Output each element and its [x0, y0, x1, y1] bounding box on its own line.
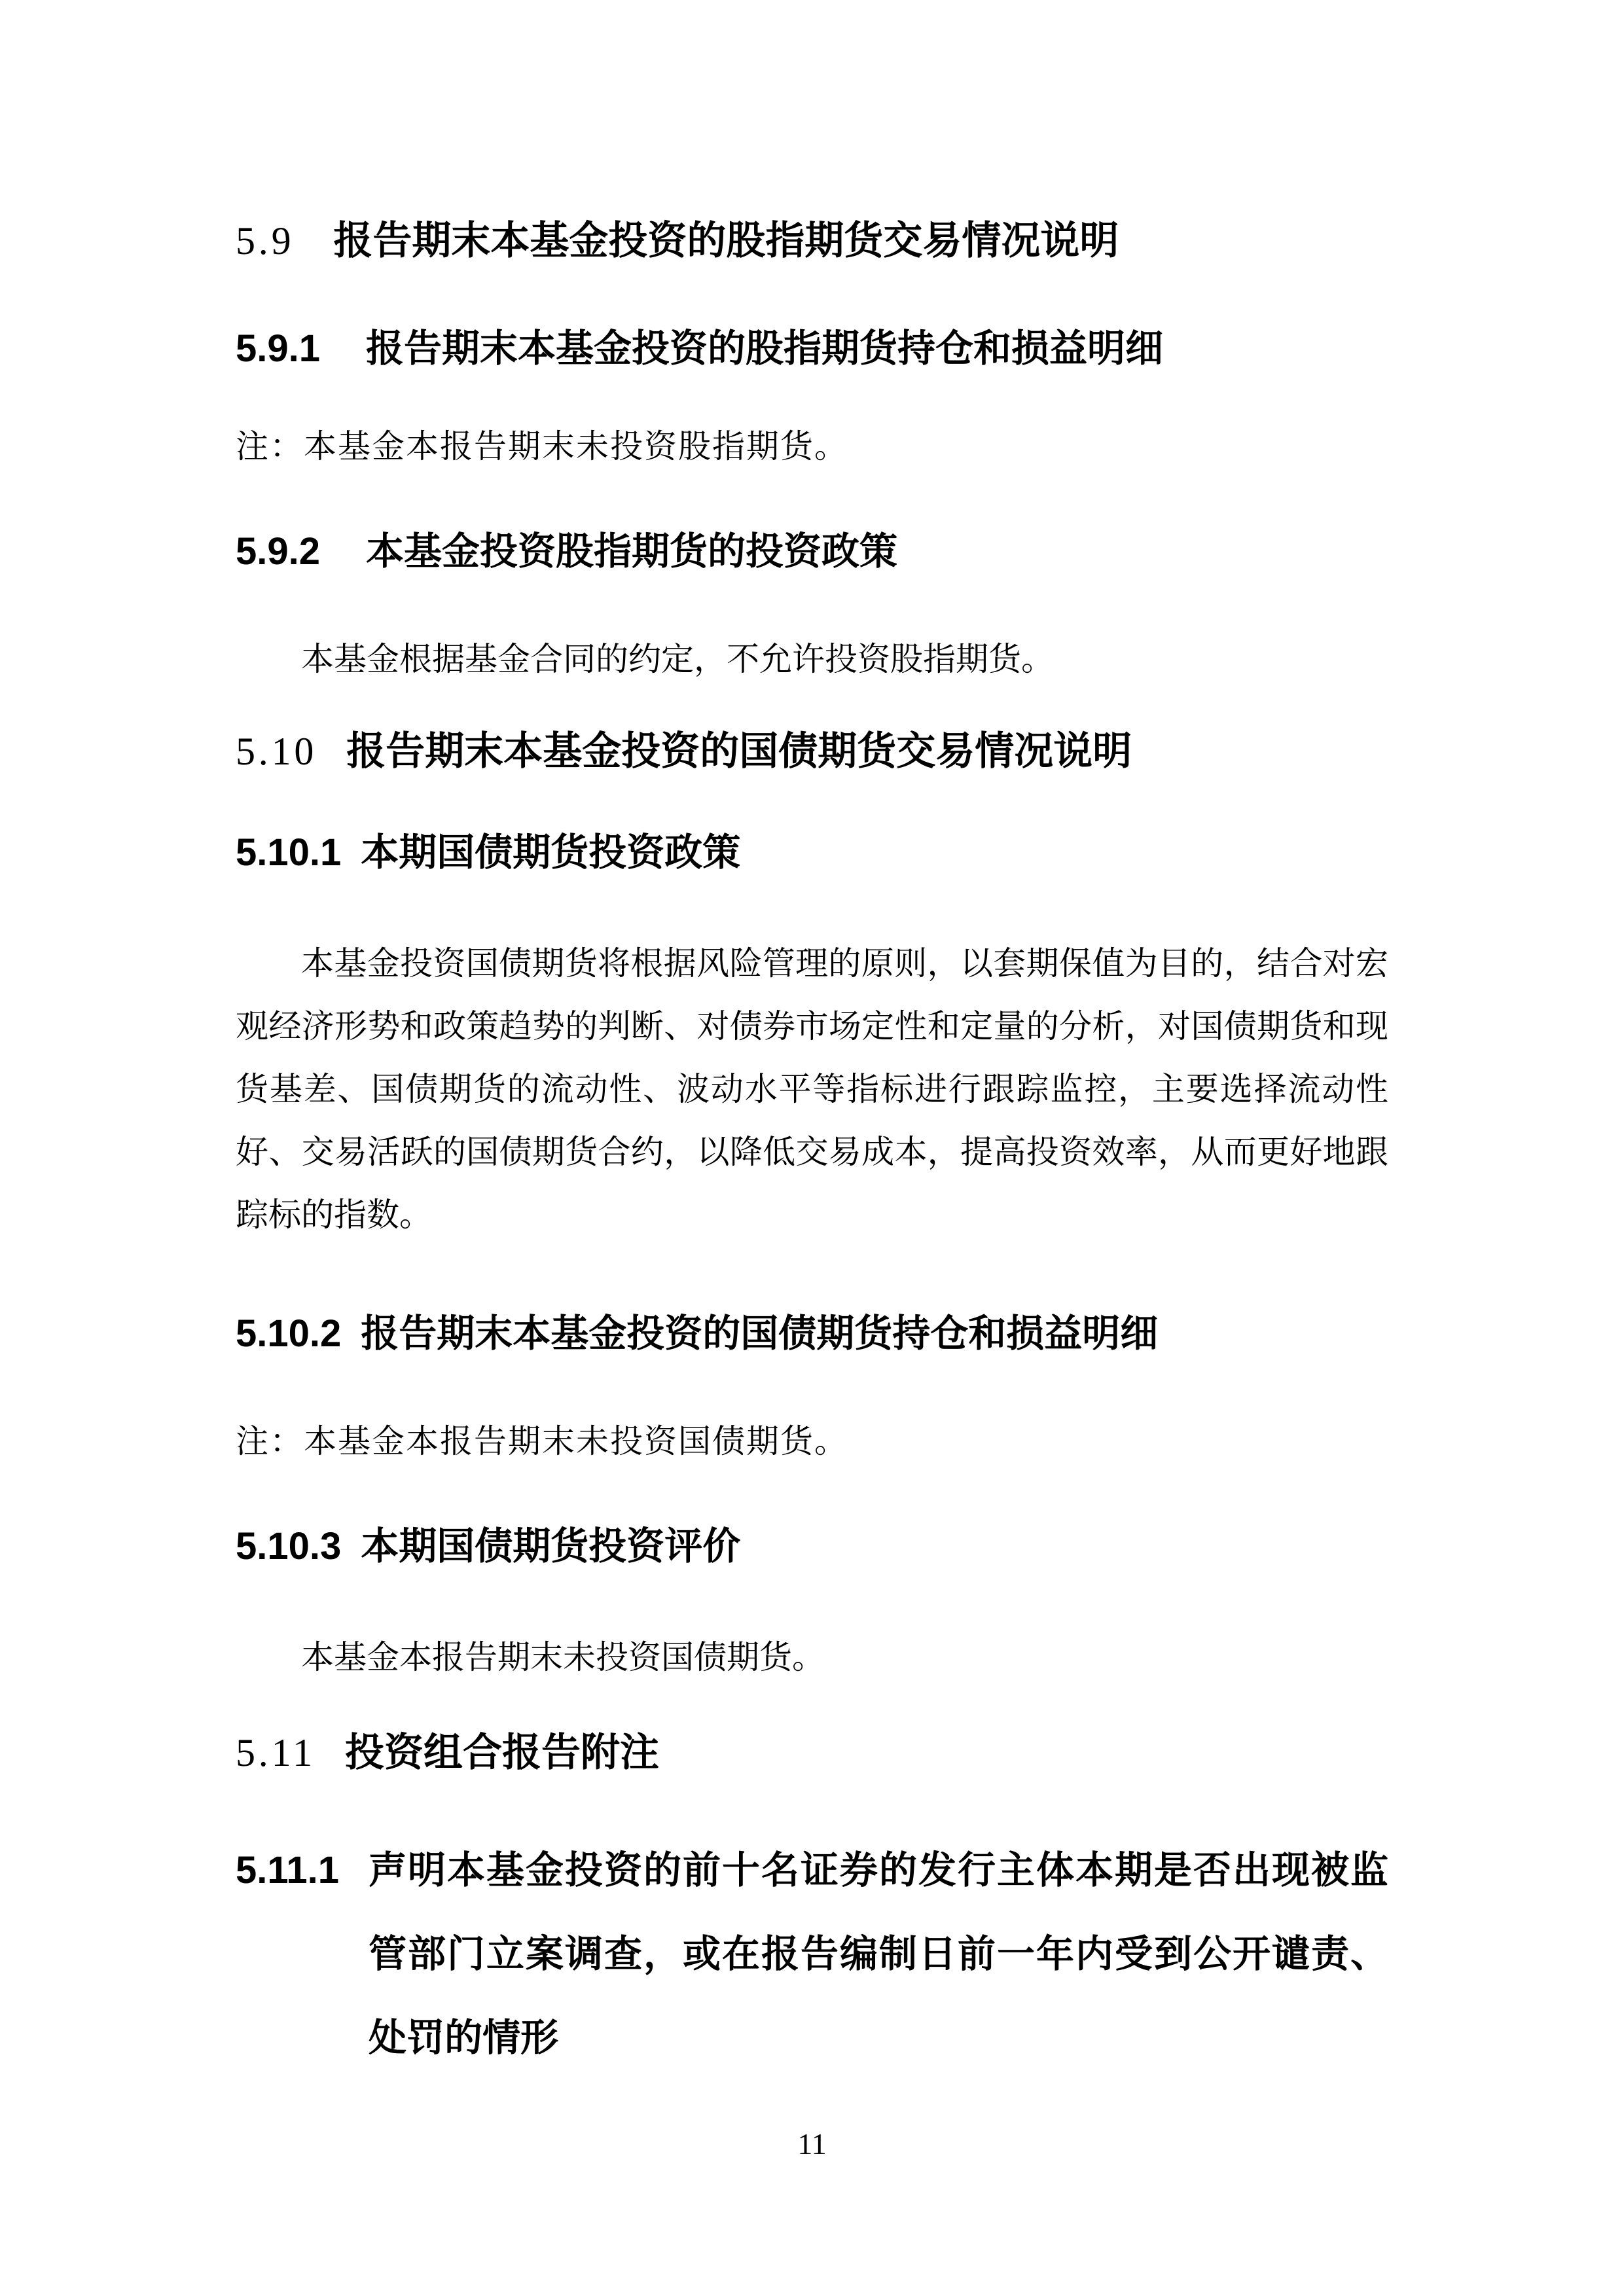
section-heading-5-10: 5.10报告期末本基金投资的国债期货交易情况说明 [236, 728, 1388, 775]
heading-number: 5.11 [236, 1731, 316, 1774]
heading-text: 声明本基金投资的前十名证券的发行主体本期是否出现被监管部门立案调查，或在报告编制… [369, 1829, 1388, 2080]
body-paragraph: 本基金根据基金合同的约定，不允许投资股指期货。 [236, 628, 1388, 691]
heading-number: 5.10.1 [236, 831, 341, 874]
section-heading-5-10-3: 5.10.3本期国债期货投资评价 [236, 1523, 1388, 1570]
body-paragraph: 本基金本报告期末未投资国债期货。 [236, 1626, 1388, 1689]
section-heading-5-9: 5.9报告期末本基金投资的股指期货交易情况说明 [236, 217, 1388, 264]
section-heading-5-10-1: 5.10.1本期国债期货投资政策 [236, 829, 1388, 876]
page-content: 5.9报告期末本基金投资的股指期货交易情况说明 5.9.1报告期末本基金投资的股… [0, 217, 1624, 2080]
heading-text: 本期国债期货投资政策 [361, 831, 740, 874]
heading-text: 本期国债期货投资评价 [361, 1525, 740, 1568]
heading-number: 5.9 [236, 219, 294, 262]
section-heading-5-9-2: 5.9.2本基金投资股指期货的投资政策 [236, 528, 1388, 575]
heading-text: 投资组合报告附注 [345, 1731, 659, 1774]
body-paragraph: 本基金投资国债期货将根据风险管理的原则，以套期保值为目的，结合对宏观经济形势和政… [236, 932, 1388, 1246]
heading-text: 报告期末本基金投资的股指期货交易情况说明 [333, 219, 1119, 262]
heading-number: 5.10.2 [236, 1312, 341, 1355]
note-line: 注：本基金本报告期末未投资股指期货。 [236, 415, 1388, 478]
heading-text: 报告期末本基金投资的国债期货交易情况说明 [346, 729, 1132, 773]
heading-number: 5.11.1 [236, 1829, 339, 2080]
heading-number: 5.10 [236, 730, 317, 773]
section-heading-5-10-2: 5.10.2报告期末本基金投资的国债期货持仓和损益明细 [236, 1310, 1388, 1357]
section-heading-5-11-1: 5.11.1声明本基金投资的前十名证券的发行主体本期是否出现被监管部门立案调查，… [236, 1829, 1388, 2080]
heading-number: 5.9.2 [236, 530, 320, 573]
heading-text: 报告期末本基金投资的国债期货持仓和损益明细 [361, 1312, 1158, 1355]
note-line: 注：本基金本报告期末未投资国债期货。 [236, 1410, 1388, 1473]
section-heading-5-9-1: 5.9.1报告期末本基金投资的股指期货持仓和损益明细 [236, 325, 1388, 372]
section-heading-5-11: 5.11投资组合报告附注 [236, 1729, 1388, 1776]
page-number: 11 [0, 2126, 1624, 2162]
heading-number: 5.10.3 [236, 1525, 341, 1568]
heading-text: 本基金投资股指期货的投资政策 [366, 530, 897, 573]
heading-number: 5.9.1 [236, 327, 320, 370]
heading-text: 报告期末本基金投资的股指期货持仓和损益明细 [366, 327, 1163, 370]
document-page: 5.9报告期末本基金投资的股指期货交易情况说明 5.9.1报告期末本基金投资的股… [0, 0, 1624, 2296]
